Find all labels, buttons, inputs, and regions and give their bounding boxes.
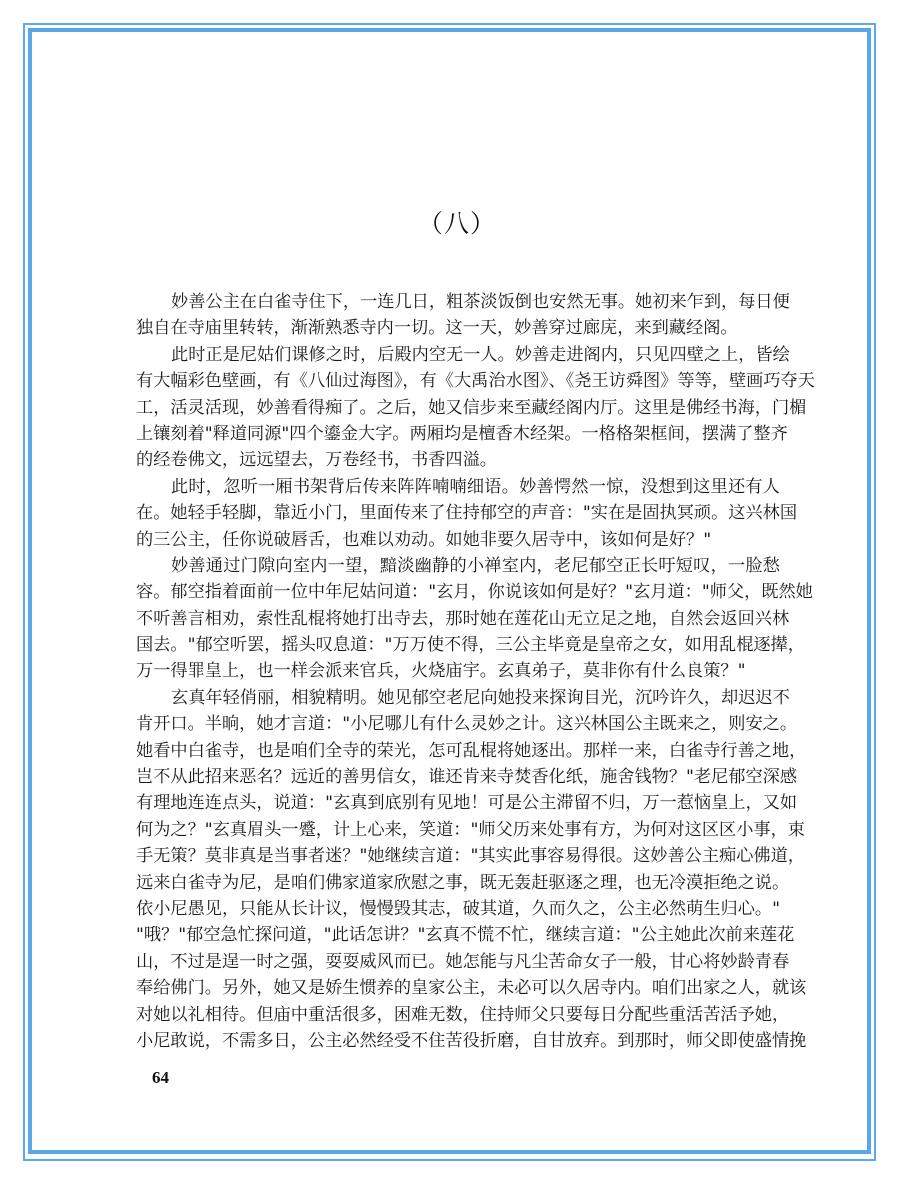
text-line: 工，活灵活现，妙善看得痴了。之后，她又信步来至藏经阁内厅。这里是佛经书海，门楣 — [136, 395, 780, 421]
text-line: 小尼敢说，不需多日，公主必然经受不住苦役折磨，自甘放弃。到那时，师父即使盛情挽 — [136, 1028, 780, 1054]
text-line: 上镶刻着"释道同源"四个鎏金大字。两厢均是檀香木经架。一格格架框间，摆满了整齐 — [136, 421, 780, 447]
text-line: 依小尼愚见，只能从长计议，慢慢毁其志，破其道，久而久之，公主必然萌生归心。" — [136, 896, 780, 922]
page-number: 64 — [152, 1068, 169, 1088]
text-line: 她看中白雀寺，也是咱们全寺的荣光，怎可乱棍将她逐出。那样一来，白雀寺行善之地， — [136, 738, 780, 764]
text-line: 山，不过是逞一时之强，耍耍威风而已。她怎能与凡尘苦命女子一般，甘心将妙龄青春 — [136, 949, 780, 975]
text-line: 肯开口。半晌，她才言道："小尼哪儿有什么灵妙之计。这兴林国公主既来之，则安之。 — [136, 711, 780, 737]
text-line: 不听善言相劝，索性乱棍将她打出寺去，那时她在莲花山无立足之地，自然会返回兴林 — [136, 606, 780, 632]
text-line: 此时正是尼姑们课修之时，后殿内空无一人。妙善走进阁内，只见四壁之上，皆绘 — [136, 342, 780, 368]
text-line: 手无策？莫非真是当事者迷？"她继续言道："其实此事容易得很。这妙善公主痴心佛道， — [136, 843, 780, 869]
chapter-title: （八） — [0, 208, 900, 240]
text-line: 有理地连连点头，说道："玄真到底别有见地！可是公主滞留不归，万一惹恼皇上，又如 — [136, 790, 780, 816]
text-line: 万一得罪皇上，也一样会派来官兵，火烧庙宇。玄真弟子，莫非你有什么良策？" — [136, 658, 780, 684]
book-page: （八） 妙善公主在白雀寺住下，一连几日，粗茶淡饭倒也安然无事。她初来乍到，每日便… — [0, 0, 900, 1184]
body-text: 妙善公主在白雀寺住下，一连几日，粗茶淡饭倒也安然无事。她初来乍到，每日便独自在寺… — [136, 289, 780, 1054]
text-line: 何为之？"玄真眉头一蹙，计上心来，笑道："师父历来处事有方，为何对这区区小事，束 — [136, 817, 780, 843]
text-line: 玄真年轻俏丽，相貌精明。她见郁空老尼向她投来探询目光，沉吟许久，却迟迟不 — [136, 685, 780, 711]
text-line: 的经卷佛文，远远望去，万卷经书，书香四溢。 — [136, 447, 780, 473]
text-line: 容。郁空指着面前一位中年尼姑问道："玄月，你说该如何是好？"玄月道："师父，既然… — [136, 579, 780, 605]
text-line: "哦？"郁空急忙探问道，"此话怎讲？"玄真不慌不忙，继续言道："公主她此次前来莲… — [136, 922, 780, 948]
text-line: 此时，忽听一厢书架背后传来阵阵喃喃细语。妙善愕然一惊，没想到这里还有人 — [136, 474, 780, 500]
text-line: 奉给佛门。另外，她又是娇生惯养的皇家公主，未必可以久居寺内。咱们出家之人，就该 — [136, 975, 780, 1001]
text-line: 在。她轻手轻脚，靠近小门，里面传来了住持郁空的声音："实在是固执冥顽。这兴林国 — [136, 500, 780, 526]
text-line: 的三公主，任你说破唇舌，也难以劝动。如她非要久居寺中，该如何是好？" — [136, 527, 780, 553]
text-line: 妙善公主在白雀寺住下，一连几日，粗茶淡饭倒也安然无事。她初来乍到，每日便 — [136, 289, 780, 315]
text-line: 国去。"郁空听罢，摇头叹息道："万万使不得，三公主毕竟是皇帝之女，如用乱棍逐撵， — [136, 632, 780, 658]
text-line: 对她以礼相待。但庙中重活很多，困难无数，住持师父只要每日分配些重活苦活予她， — [136, 1002, 780, 1028]
text-line: 妙善通过门隙向室内一望，黯淡幽静的小禅室内，老尼郁空正长吁短叹，一脸愁 — [136, 553, 780, 579]
text-line: 岂不从此招来恶名？远近的善男信女，谁还肯来寺焚香化纸，施舍钱物？"老尼郁空深感 — [136, 764, 780, 790]
text-line: 远来白雀寺为尼，是咱们佛家道家欣慰之事，既无轰赶驱逐之理，也无冷漠拒绝之说。 — [136, 870, 780, 896]
text-line: 独自在寺庙里转转，渐渐熟悉寺内一切。这一天，妙善穿过廊庑，来到藏经阁。 — [136, 315, 780, 341]
text-line: 有大幅彩色壁画，有《八仙过海图》，有《大禹治水图》、《尧王访舜图》等等，壁画巧夺… — [136, 368, 780, 394]
